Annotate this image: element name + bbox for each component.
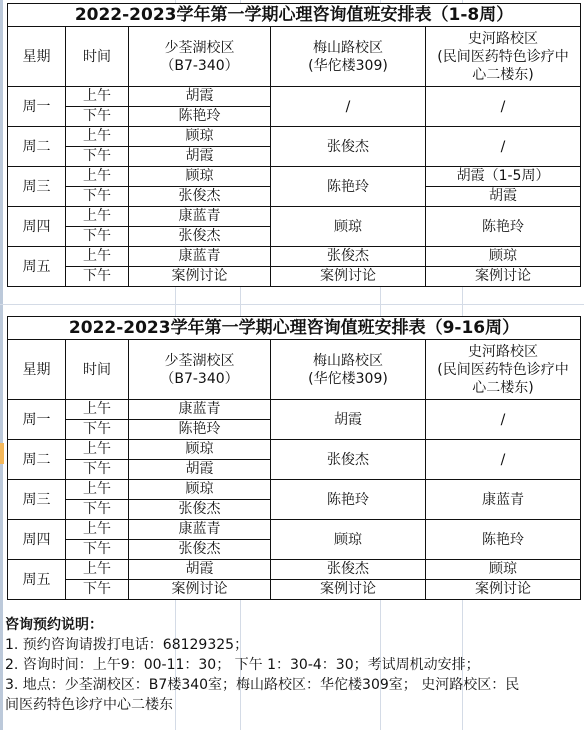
- time-pm: 下午: [66, 267, 129, 287]
- campus3-cell: /: [426, 440, 581, 480]
- campus2-cell: 陈艳玲: [271, 167, 426, 207]
- table-row: 周四 上午 康蓝青 顾琼 陈艳玲: [8, 207, 581, 227]
- time-am: 上午: [66, 127, 129, 147]
- header-campus-shihelu: 史河路校区 (民间医药特色诊疗中 心二楼东): [426, 27, 581, 87]
- table-row: 周五 上午 胡霞 张俊杰 顾琼: [8, 560, 581, 580]
- table-row: 下午 案例讨论 案例讨论 案例讨论: [8, 580, 581, 600]
- table-title: 2022-2023学年第一学期心理咨询值班安排表（9-16周）: [8, 317, 581, 340]
- campus1-pm: 案例讨论: [129, 267, 271, 287]
- time-pm: 下午: [66, 107, 129, 127]
- table-row: 周三 上午 顾琼 陈艳玲 康蓝青: [8, 480, 581, 500]
- campus1-pm: 陈艳玲: [129, 107, 271, 127]
- time-pm: 下午: [66, 227, 129, 247]
- campus3-pm: 案例讨论: [426, 267, 581, 287]
- time-pm: 下午: [66, 580, 129, 600]
- time-am: 上午: [66, 440, 129, 460]
- campus1-am: 顾琼: [129, 167, 271, 187]
- header-time: 时间: [66, 340, 129, 400]
- notes-title: 咨询预约说明：: [5, 615, 580, 635]
- campus3-pm: 案例讨论: [426, 580, 581, 600]
- campus1-am: 康蓝青: [129, 247, 271, 267]
- header-campus-shaoquanhu: 少荃湖校区 （B7-340）: [129, 27, 271, 87]
- header-campus-shihelu: 史河路校区 (民间医药特色诊疗中 心二楼东): [426, 340, 581, 400]
- table-row: 周四 上午 康蓝青 顾琼 陈艳玲: [8, 520, 581, 540]
- selected-row-marker: [0, 443, 4, 464]
- weekday-cell: 周三: [8, 480, 66, 520]
- schedule-table-weeks-9-16: 2022-2023学年第一学期心理咨询值班安排表（9-16周） 星期 时间 少荃…: [7, 316, 581, 600]
- campus1-am: 康蓝青: [129, 520, 271, 540]
- campus3-cell: /: [426, 127, 581, 167]
- weekday-cell: 周二: [8, 127, 66, 167]
- schedule-table-weeks-1-8: 2022-2023学年第一学期心理咨询值班安排表（1-8周） 星期 时间 少荃湖…: [7, 3, 581, 287]
- header-campus-meishanlu: 梅山路校区 (华佗楼309): [271, 340, 426, 400]
- time-pm: 下午: [66, 540, 129, 560]
- header-weekday: 星期: [8, 27, 66, 87]
- campus1-am: 顾琼: [129, 480, 271, 500]
- campus1-am: 胡霞: [129, 560, 271, 580]
- campus3-am: 胡霞（1-5周）: [426, 167, 581, 187]
- campus1-am: 胡霞: [129, 87, 271, 107]
- time-am: 上午: [66, 167, 129, 187]
- campus1-am: 康蓝青: [129, 400, 271, 420]
- campus1-pm: 胡霞: [129, 460, 271, 480]
- table-row: 周二 上午 顾琼 张俊杰 /: [8, 127, 581, 147]
- campus2-cell: 顾琼: [271, 207, 426, 247]
- table-row: 下午 案例讨论 案例讨论 案例讨论: [8, 267, 581, 287]
- table-row: 周一 上午 康蓝青 胡霞 /: [8, 400, 581, 420]
- campus1-pm: 张俊杰: [129, 187, 271, 207]
- campus1-am: 顾琼: [129, 127, 271, 147]
- table-row: 周五 上午 康蓝青 张俊杰 顾琼: [8, 247, 581, 267]
- campus3-cell: 康蓝青: [426, 480, 581, 520]
- campus1-pm: 案例讨论: [129, 580, 271, 600]
- campus3-cell: 陈艳玲: [426, 520, 581, 560]
- campus3-am: 顾琼: [426, 247, 581, 267]
- notes-line-location: 3. 地点：少荃湖校区：B7楼340室；梅山路校区：华佗楼309室； 史河路校区…: [5, 675, 580, 695]
- table-title: 2022-2023学年第一学期心理咨询值班安排表（1-8周）: [8, 4, 581, 27]
- time-am: 上午: [66, 480, 129, 500]
- time-am: 上午: [66, 87, 129, 107]
- time-am: 上午: [66, 207, 129, 227]
- campus2-cell: 胡霞: [271, 400, 426, 440]
- appointment-notes: 咨询预约说明： 1. 预约咨询请拨打电话：68129325； 2. 咨询时间：上…: [5, 615, 580, 715]
- table-row: 周二 上午 顾琼 张俊杰 /: [8, 440, 581, 460]
- campus3-cell: 陈艳玲: [426, 207, 581, 247]
- weekday-cell: 周一: [8, 400, 66, 440]
- header-campus-meishanlu: 梅山路校区 (华佗楼309): [271, 27, 426, 87]
- time-pm: 下午: [66, 460, 129, 480]
- time-pm: 下午: [66, 500, 129, 520]
- notes-line-hours: 2. 咨询时间：上午9：00-11：30； 下午 1：30-4：30；考试周机动…: [5, 655, 580, 675]
- campus2-am: 张俊杰: [271, 247, 426, 267]
- campus1-am: 顾琼: [129, 440, 271, 460]
- campus1-pm: 张俊杰: [129, 227, 271, 247]
- time-am: 上午: [66, 400, 129, 420]
- weekday-cell: 周三: [8, 167, 66, 207]
- time-am: 上午: [66, 560, 129, 580]
- weekday-cell: 周一: [8, 87, 66, 127]
- header-weekday: 星期: [8, 340, 66, 400]
- campus1-pm: 陈艳玲: [129, 420, 271, 440]
- sheet-gridline: [0, 304, 584, 305]
- campus2-cell: 陈艳玲: [271, 480, 426, 520]
- campus3-cell: /: [426, 400, 581, 440]
- campus3-pm: 胡霞: [426, 187, 581, 207]
- time-am: 上午: [66, 247, 129, 267]
- campus1-pm: 胡霞: [129, 147, 271, 167]
- campus2-am: 张俊杰: [271, 560, 426, 580]
- notes-line-phone: 1. 预约咨询请拨打电话：68129325；: [5, 635, 580, 655]
- campus2-cell: 张俊杰: [271, 127, 426, 167]
- weekday-cell: 周五: [8, 560, 66, 600]
- campus2-pm: 案例讨论: [271, 267, 426, 287]
- campus1-am: 康蓝青: [129, 207, 271, 227]
- weekday-cell: 周四: [8, 520, 66, 560]
- time-am: 上午: [66, 520, 129, 540]
- sheet-left-edge: [0, 0, 3, 730]
- header-time: 时间: [66, 27, 129, 87]
- header-row: 星期 时间 少荃湖校区 （B7-340） 梅山路校区 (华佗楼309) 史河路校…: [8, 27, 581, 87]
- notes-line-location-cont: 间医药特色诊疗中心二楼东: [5, 695, 580, 715]
- campus2-cell: 顾琼: [271, 520, 426, 560]
- campus3-cell: /: [426, 87, 581, 127]
- campus1-pm: 张俊杰: [129, 500, 271, 520]
- weekday-cell: 周五: [8, 247, 66, 287]
- campus2-cell: 张俊杰: [271, 440, 426, 480]
- campus2-cell: /: [271, 87, 426, 127]
- header-campus-shaoquanhu: 少荃湖校区 （B7-340）: [129, 340, 271, 400]
- campus2-pm: 案例讨论: [271, 580, 426, 600]
- header-row: 星期 时间 少荃湖校区 （B7-340） 梅山路校区 (华佗楼309) 史河路校…: [8, 340, 581, 400]
- table-row: 周三 上午 顾琼 陈艳玲 胡霞（1-5周）: [8, 167, 581, 187]
- weekday-cell: 周二: [8, 440, 66, 480]
- time-pm: 下午: [66, 420, 129, 440]
- time-pm: 下午: [66, 187, 129, 207]
- campus1-pm: 张俊杰: [129, 540, 271, 560]
- campus3-am: 顾琼: [426, 560, 581, 580]
- weekday-cell: 周四: [8, 207, 66, 247]
- time-pm: 下午: [66, 147, 129, 167]
- table-row: 周一 上午 胡霞 / /: [8, 87, 581, 107]
